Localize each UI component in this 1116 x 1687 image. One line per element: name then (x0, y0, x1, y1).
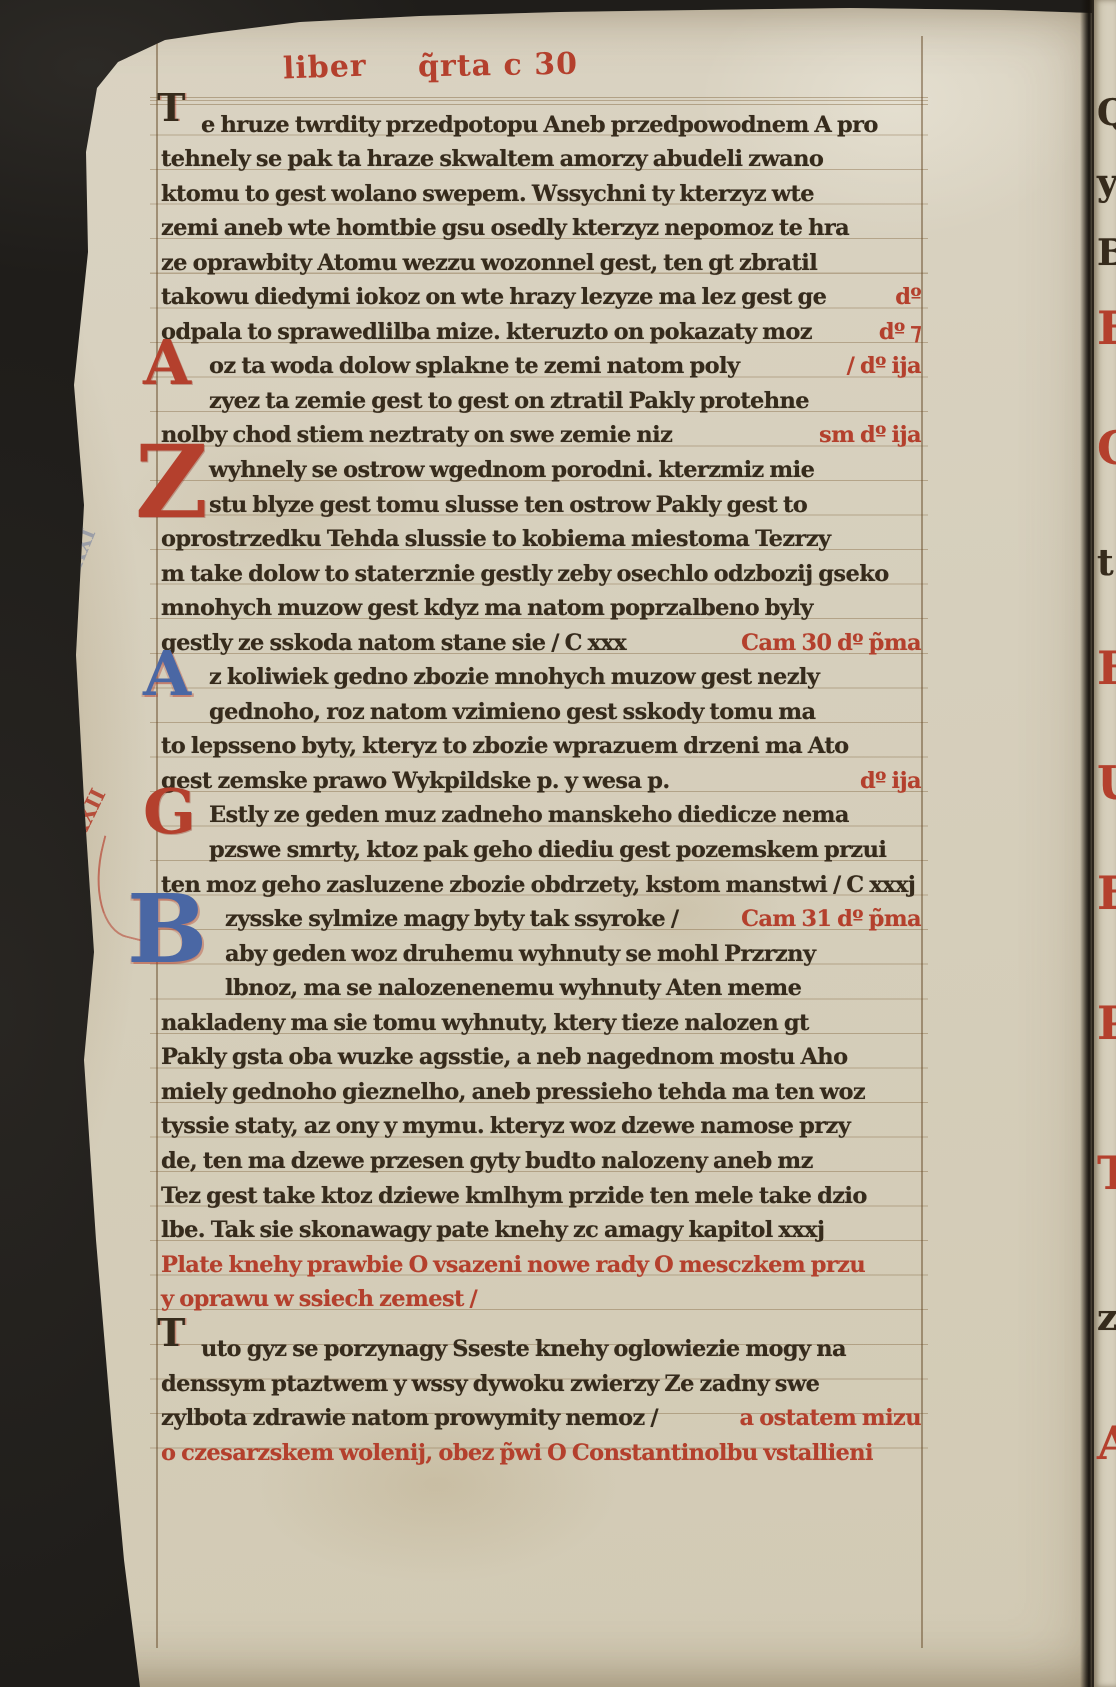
illuminated-initial: T (157, 1317, 185, 1348)
illuminated-initial: Z (135, 441, 207, 523)
manuscript-line: o czesarzskem wolenij, obez p̃wi O Const… (161, 1428, 921, 1463)
illuminated-initial: A (143, 649, 191, 700)
facing-page-text-fragment: B (1097, 235, 1116, 271)
text-block: Te hruze twrdity przedpotopu Aneb przedp… (161, 100, 921, 1463)
facing-page-text-fragment: E (1097, 305, 1116, 351)
manuscript-line: y oprawu w ssiech zemest / (161, 1275, 921, 1310)
manuscript-line: Az koliwiek gedno zbozie mnohych muzow g… (161, 653, 921, 688)
facing-page-text-fragment: y (1097, 165, 1116, 201)
manuscript-line: zyez ta zemie gest to gest on ztratil Pa… (161, 376, 921, 411)
manuscript-line: stu blyze gest tomu slusse ten ostrow Pa… (161, 480, 921, 515)
manuscript-line: Pakly gsta oba wuzke agsstie, a neb nage… (161, 1033, 921, 1068)
manuscript-line: takowu diedymi iokoz on wte hrazy lezyze… (161, 273, 921, 308)
facing-page-text-fragment: z (1097, 1300, 1116, 1336)
manuscript-line: Tuto gyz se porzynagy Sseste knehy oglow… (161, 1325, 921, 1360)
manuscript-line: Tez gest take ktoz dziewe kmlhym przide … (161, 1171, 921, 1206)
line-text: o czesarzskem wolenij, obez p̃wi O Const… (161, 1440, 873, 1466)
manuscript-line: pzswe smrty, ktoz pak geho diediu gest p… (161, 825, 921, 860)
manuscript-line: Plate knehy prawbie O vsazeni nowe rady … (161, 1240, 921, 1275)
manuscript-line: odpala to sprawedlilba mize. kteruzto on… (161, 307, 921, 342)
margin-note-chapter-xxxi: XXXI (60, 526, 100, 583)
running-title-book: liber (282, 49, 367, 87)
manuscript-line: nakladeny ma sie tomu wyhnuty, ktery tie… (161, 998, 921, 1033)
manuscript-line: Te hruze twrdity przedpotopu Aneb przedp… (161, 100, 921, 135)
manuscript-line: zemi aneb wte homtbie gsu osedly kterzyz… (161, 204, 921, 239)
manuscript-line: to lepsseno byty, kteryz to zbozie wpraz… (161, 722, 921, 757)
manuscript-line: zylbota zdrawie natom prowymity nemoz /a… (161, 1394, 921, 1429)
facing-page-edge: QyBECtBUEPTzA (1094, 0, 1116, 1687)
manuscript-line: gestly ze sskoda natom stane sie / C xxx… (161, 618, 921, 653)
manuscript-line: aby geden woz druhemu wyhnuty se mohl Pr… (161, 929, 921, 964)
manuscript-line: oprostrzedku Tehda slussie to kobiema mi… (161, 515, 921, 550)
facing-page-text-fragment: E (1097, 870, 1116, 916)
manuscript-line: lbnoz, ma se nalozenenemu wyhnuty Aten m… (161, 964, 921, 999)
running-title-chapter: q̃rta c 30 (418, 47, 579, 85)
manuscript-line: gest zemske prawo Wykpildske p. y wesa p… (161, 756, 921, 791)
manuscript-line: ktomu to gest wolano swepem. Wssychni ty… (161, 169, 921, 204)
illuminated-initial: T (157, 92, 185, 123)
manuscript-line: gednoho, roz natom vzimieno gest sskody … (161, 687, 921, 722)
manuscript-line: nolby chod stiem neztraty on swe zemie n… (161, 411, 921, 446)
facing-page-text-fragment: C (1097, 425, 1116, 471)
manuscript-line: Zwyhnely se ostrow wgednom porodni. kter… (161, 445, 921, 480)
manuscript-line: miely gednoho gieznelho, aneb pressieho … (161, 1067, 921, 1102)
facing-page-text-fragment: t (1097, 545, 1114, 581)
facing-page-text-fragment: U (1097, 760, 1116, 806)
manuscript-line: mnohych muzow gest kdyz ma natom poprzal… (161, 584, 921, 619)
facing-page-text-fragment: A (1097, 1420, 1116, 1466)
line-text: y oprawu w ssiech zemest / (161, 1286, 477, 1312)
manuscript-scan: liber q̃rta c 30 Te hruze twrdity przedp… (0, 0, 1116, 1687)
manuscript-line: m take dolow to staterznie gestly zeby o… (161, 549, 921, 584)
manuscript-line: de, ten ma dzewe przesen gyty budto nalo… (161, 1136, 921, 1171)
facing-page-text-fragment: T (1097, 1150, 1116, 1196)
manuscript-line: lbe. Tak sie skonawagy pate knehy zc ama… (161, 1206, 921, 1241)
book-gutter-shadow (1080, 0, 1094, 1687)
manuscript-line: Aoz ta woda dolow splakne te zemi natom … (161, 342, 921, 377)
parchment-page: liber q̃rta c 30 Te hruze twrdity przedp… (0, 0, 1092, 1687)
facing-page-text-fragment: Q (1097, 95, 1116, 131)
facing-page-text-fragment: P (1097, 1000, 1116, 1046)
manuscript-line: tyssie staty, az ony y mymu. kteryz woz … (161, 1102, 921, 1137)
manuscript-line: Bzysske sylmize magy byty tak ssyroke /C… (161, 895, 921, 930)
manuscript-line: ten moz geho zasluzene zbozie obdrzety, … (161, 860, 921, 895)
manuscript-line: tehnely se pak ta hraze skwaltem amorzy … (161, 135, 921, 170)
manuscript-line: ze oprawbity Atomu wezzu wozonnel gest, … (161, 238, 921, 273)
manuscript-line: GEstly ze geden muz zadneho manskeho die… (161, 791, 921, 826)
illuminated-initial: B (127, 891, 207, 969)
illuminated-initial: G (143, 787, 195, 838)
illuminated-initial: A (143, 338, 191, 389)
manuscript-line: denssym ptaztwem y wssy dywoku zwierzy Z… (161, 1359, 921, 1394)
facing-page-text-fragment: B (1097, 645, 1116, 691)
